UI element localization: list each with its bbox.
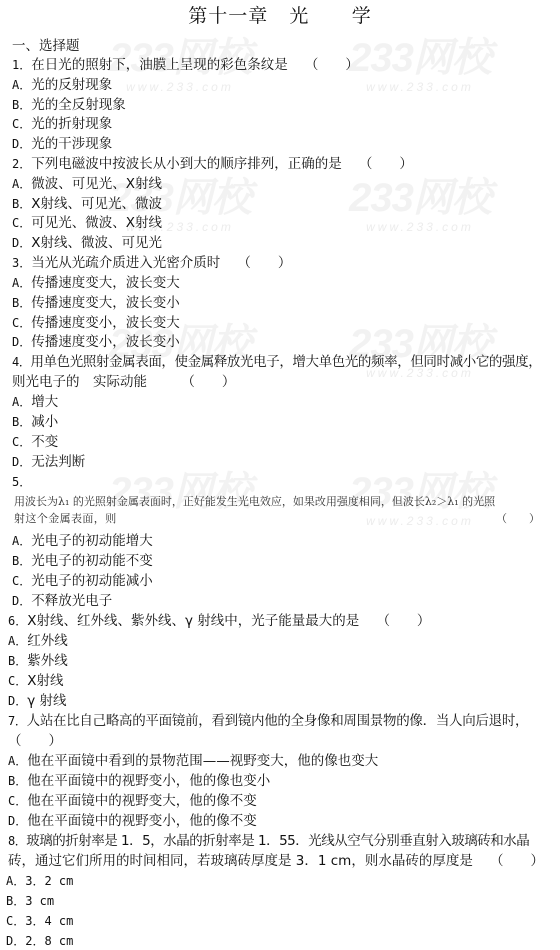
option-label: C． bbox=[8, 794, 27, 808]
option: B．X射线、可见光、微波 bbox=[12, 195, 162, 213]
option: A．增大 bbox=[12, 393, 58, 411]
option-label: A． bbox=[12, 534, 31, 548]
option-text: 他在平面镜中看到的景物范围——视野变大，他的像也变大 bbox=[27, 753, 378, 769]
answer-bracket: （ ） bbox=[237, 255, 291, 271]
question-number: 8． bbox=[8, 834, 26, 848]
option-label: B． bbox=[12, 554, 31, 568]
option-label: A． bbox=[12, 276, 31, 290]
option: D．传播速度变小，波长变小 bbox=[12, 333, 180, 351]
option: D．X射线、微波、可见光 bbox=[12, 234, 162, 252]
option-text: 不变 bbox=[31, 434, 58, 450]
question-stem: 1．在日光的照射下，油膜上呈现的彩色条纹是 （ ） bbox=[12, 56, 359, 74]
option-text: 他在平面镜中的视野变小，他的像也变小 bbox=[27, 773, 270, 789]
answer-bracket: （ ） bbox=[376, 613, 430, 629]
option-text: 光电子的初动能不变 bbox=[31, 553, 153, 569]
option-label: A． bbox=[8, 634, 27, 648]
option-label: D． bbox=[8, 814, 27, 828]
option-text: 光的全反射现象 bbox=[31, 97, 126, 113]
option-text: 光电子的初动能增大 bbox=[31, 533, 153, 549]
question-stem: 6．X射线、红外线、紫外线、γ 射线中，光子能量最大的是 （ ） bbox=[8, 612, 430, 630]
option: C．他在平面镜中的视野变大，他的像不变 bbox=[8, 792, 257, 810]
option-text: 3 cm bbox=[25, 894, 54, 908]
answer-bracket: （ ） bbox=[8, 733, 62, 749]
option-text: 减小 bbox=[31, 414, 58, 430]
option-label: A． bbox=[8, 754, 27, 768]
question-number: 4． bbox=[12, 355, 30, 369]
watermark-url: www.233.com bbox=[320, 80, 520, 94]
option-text: 传播速度变小，波长变小 bbox=[31, 334, 180, 350]
option-text: 红外线 bbox=[27, 633, 68, 649]
option-text: X射线 bbox=[27, 673, 63, 689]
option-text: 紫外线 bbox=[27, 653, 68, 669]
question-stem-image-text: 用波长为λ₁ 的光照射金属表面时，正好能发生光电效应，如果改用强度相同，但波长λ… bbox=[14, 494, 495, 510]
option-label: B． bbox=[12, 296, 31, 310]
option: B．他在平面镜中的视野变小，他的像也变小 bbox=[8, 772, 270, 790]
answer-bracket: （ ） bbox=[496, 511, 540, 527]
option: D．他在平面镜中的视野变小，他的像不变 bbox=[8, 812, 257, 830]
option-text: X射线、微波、可见光 bbox=[31, 235, 162, 251]
watermark-url: www.233.com bbox=[320, 220, 520, 234]
watermark-url: www.233.com bbox=[320, 514, 520, 528]
option-text: 光电子的初动能减小 bbox=[31, 573, 153, 589]
question-stem: 8．玻璃的折射率是 1．5，水晶的折射率是 1．55．光线从空气分别垂直射入玻璃… bbox=[8, 832, 529, 850]
option-label: C． bbox=[12, 316, 31, 330]
question-stem-continued: （ ） bbox=[8, 732, 62, 750]
option: A．红外线 bbox=[8, 632, 68, 650]
option-label: C． bbox=[12, 435, 31, 449]
option-label: D． bbox=[12, 594, 31, 608]
option-text: 可见光、微波、X射线 bbox=[31, 215, 162, 231]
option-label: C． bbox=[12, 117, 31, 131]
title-part: 第十一章 bbox=[188, 5, 268, 27]
answer-bracket: （ ） bbox=[359, 156, 413, 172]
option-label: A． bbox=[12, 78, 31, 92]
option-label: B． bbox=[12, 415, 31, 429]
option: D．2．8 cm bbox=[6, 932, 73, 950]
option-label: B． bbox=[12, 197, 31, 211]
option-label: B． bbox=[6, 894, 25, 908]
question-number: 5． bbox=[12, 475, 31, 489]
option-text: 传播速度变小，波长变大 bbox=[31, 315, 180, 331]
option: D．无法判断 bbox=[12, 453, 85, 471]
option-label: A． bbox=[6, 874, 25, 888]
option-label: B． bbox=[12, 98, 31, 112]
title-part: 学 bbox=[352, 5, 372, 27]
question-number: 2． bbox=[12, 157, 31, 171]
option: B．减小 bbox=[12, 413, 58, 431]
option-label: A． bbox=[12, 395, 31, 409]
question-stem: 7．人站在比自己略高的平面镜前，看到镜内他的全身像和周围景物的像．当人向后退时， bbox=[8, 712, 528, 730]
option-text: 微波、可见光、X射线 bbox=[31, 176, 162, 192]
section-heading: 一、选择题 bbox=[12, 37, 80, 55]
option: A．微波、可见光、X射线 bbox=[12, 175, 162, 193]
question-stem-continued: 砖，通过它们所用的时间相同，若玻璃砖厚度是 3．1 cm，则水晶砖的厚度是 （ … bbox=[8, 852, 544, 870]
option-label: A． bbox=[12, 177, 31, 191]
question-stem-continued: 则光电子的 实际动能 （ ） bbox=[12, 373, 235, 391]
question-number: 3． bbox=[12, 256, 31, 270]
option-label: C． bbox=[12, 216, 31, 230]
watermark: 233网校 www.233.com bbox=[320, 322, 520, 380]
option-text: 无法判断 bbox=[31, 454, 85, 470]
question-number-line: 5． bbox=[12, 473, 31, 491]
option: A．光的反射现象 bbox=[12, 76, 112, 94]
option-text: 他在平面镜中的视野变大，他的像不变 bbox=[27, 793, 257, 809]
question-stem: 3．当光从光疏介质进入光密介质时 （ ） bbox=[12, 254, 291, 272]
option-label: C． bbox=[12, 574, 31, 588]
watermark-logo: 233网校 bbox=[320, 176, 520, 220]
option: B．传播速度变大，波长变小 bbox=[12, 294, 180, 312]
option-label: D． bbox=[12, 236, 31, 250]
option: C．传播速度变小，波长变大 bbox=[12, 314, 180, 332]
option-text: 不释放光电子 bbox=[31, 593, 112, 609]
option-text: 3．4 cm bbox=[25, 914, 73, 928]
option-text: 他在平面镜中的视野变小，他的像不变 bbox=[27, 813, 257, 829]
option: B．紫外线 bbox=[8, 652, 68, 670]
option-label: C． bbox=[8, 674, 27, 688]
option-text: 传播速度变大，波长变大 bbox=[31, 275, 180, 291]
option-label: D． bbox=[8, 694, 27, 708]
option-label: B． bbox=[8, 654, 27, 668]
question-number: 1． bbox=[12, 58, 31, 72]
option: A．他在平面镜中看到的景物范围——视野变大，他的像也变大 bbox=[8, 752, 378, 770]
option: A．3．2 cm bbox=[6, 872, 73, 890]
question-stem: 4．用单色光照射金属表面，使金属释放光电子，增大单色光的频率，但同时减小它的强度… bbox=[12, 353, 541, 371]
option: B．光的全反射现象 bbox=[12, 96, 126, 114]
option: D．光的干涉现象 bbox=[12, 135, 112, 153]
option-text: 光的折射现象 bbox=[31, 116, 112, 132]
option: C．X射线 bbox=[8, 672, 63, 690]
option: A．传播速度变大，波长变大 bbox=[12, 274, 180, 292]
option-text: X射线、可见光、微波 bbox=[31, 196, 162, 212]
answer-bracket: （ ） bbox=[305, 57, 359, 73]
option-label: D． bbox=[6, 934, 25, 948]
option: C．光电子的初动能减小 bbox=[12, 572, 153, 590]
question-number: 7． bbox=[8, 714, 27, 728]
option-label: B． bbox=[8, 774, 27, 788]
option-text: 光的反射现象 bbox=[31, 77, 112, 93]
option-text: γ 射线 bbox=[27, 693, 66, 709]
option: C．光的折射现象 bbox=[12, 115, 112, 133]
question-stem-image-text: 射这个金属表面，则 bbox=[14, 511, 117, 527]
option: B．3 cm bbox=[6, 892, 54, 910]
option: C．可见光、微波、X射线 bbox=[12, 214, 162, 232]
option: D．不释放光电子 bbox=[12, 592, 112, 610]
option-label: C． bbox=[6, 914, 25, 928]
answer-bracket: （ ） bbox=[181, 374, 235, 390]
option: C．3．4 cm bbox=[6, 912, 73, 930]
question-stem: 2．下列电磁波中按波长从小到大的顺序排列，正确的是 （ ） bbox=[12, 155, 413, 173]
option: A．光电子的初动能增大 bbox=[12, 532, 153, 550]
answer-bracket: （ ） bbox=[490, 853, 544, 869]
option-label: D． bbox=[12, 335, 31, 349]
option-text: 光的干涉现象 bbox=[31, 136, 112, 152]
option-text: 3．2 cm bbox=[25, 874, 73, 888]
option: D．γ 射线 bbox=[8, 692, 67, 710]
option: C．不变 bbox=[12, 433, 58, 451]
option: B．光电子的初动能不变 bbox=[12, 552, 153, 570]
chapter-title: 第十一章 光 学 bbox=[0, 4, 560, 28]
option-text: 增大 bbox=[31, 394, 58, 410]
option-text: 传播速度变大，波长变小 bbox=[31, 295, 180, 311]
option-label: D． bbox=[12, 455, 31, 469]
option-label: D． bbox=[12, 137, 31, 151]
option-text: 2．8 cm bbox=[25, 934, 73, 948]
title-part: 光 bbox=[289, 5, 309, 27]
question-number: 6． bbox=[8, 614, 27, 628]
watermark: 233网校 www.233.com bbox=[320, 176, 520, 234]
